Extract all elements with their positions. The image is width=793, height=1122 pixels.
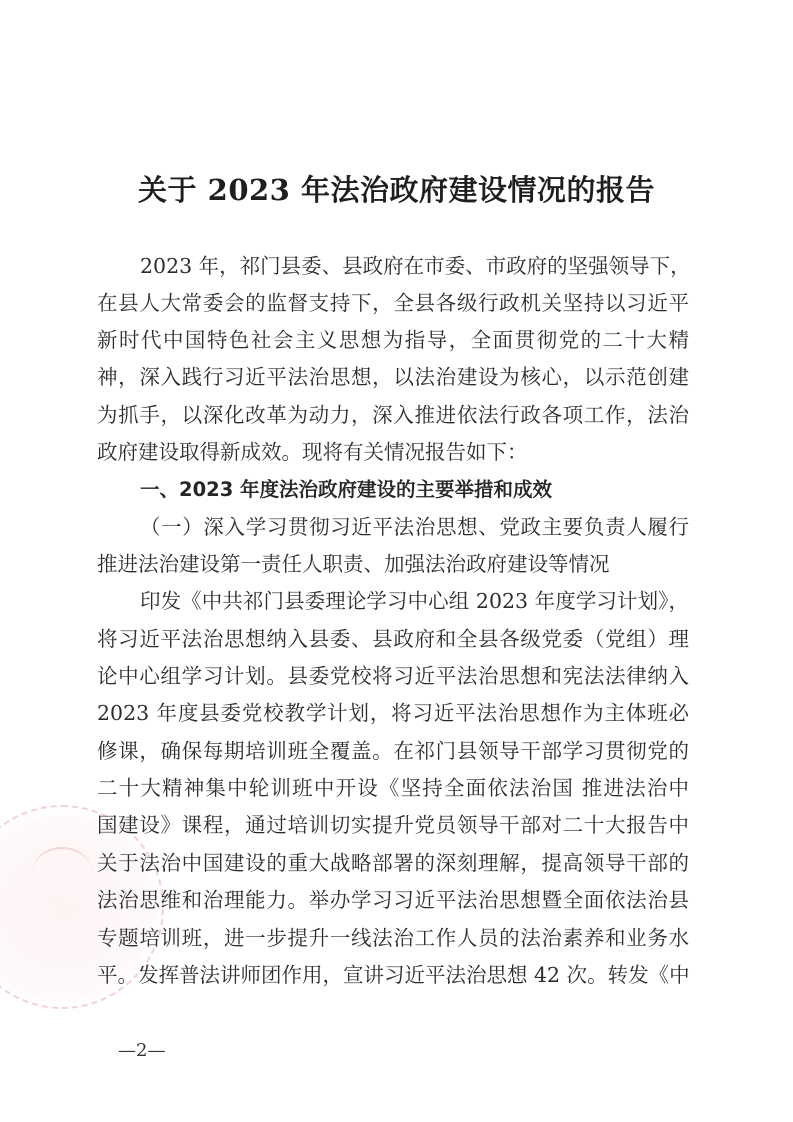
body-line: 政府建设取得新成效。现将有关情况报告如下： xyxy=(97,437,689,467)
body-line: 平。发挥普法讲师团作用，宣讲习近平法治思想 42 次。转发《中 xyxy=(97,960,689,990)
body-line: 印发《中共祁门县委理论学习中心组 2023 年度学习计划》， xyxy=(140,586,689,616)
body-line: 2023 年，祁门县委、县政府在市委、市政府的坚强领导下， xyxy=(140,251,689,281)
body-line: 二十大精神集中轮训班中开设《坚持全面依法治国 推进法治中 xyxy=(97,773,689,803)
body-line: 关于法治中国建设的重大战略部署的深刻理解，提高领导干部的 xyxy=(97,848,689,878)
body-line: 国建设》课程，通过培训切实提升党员领导干部对二十大报告中 xyxy=(97,810,689,840)
body-line: 为抓手，以深化改革为动力，深入推进依法行政各项工作，法治 xyxy=(97,400,689,430)
document-title: 关于 2023 年法治政府建设情况的报告 xyxy=(0,168,793,209)
document-page: 关于 2023 年法治政府建设情况的报告 2023 年，祁门县委、县政府在市委、… xyxy=(0,0,793,1122)
body-line: 2023 年度县委党校教学计划，将习近平法治思想作为主体班必 xyxy=(97,698,689,728)
body-line: 新时代中国特色社会主义思想为指导，全面贯彻党的二十大精 xyxy=(97,325,689,355)
body-line: 论中心组学习计划。县委党校将习近平法治思想和宪法法律纳入 xyxy=(97,661,689,691)
section-heading-1: 一、2023 年度法治政府建设的主要举措和成效 xyxy=(140,475,689,505)
body-line: 神，深入践行习近平法治思想，以法治建设为核心，以示范创建 xyxy=(97,362,689,392)
subsection-heading-line: 推进法治建设第一责任人职责、加强法治政府建设等情况 xyxy=(97,549,689,579)
page-number: —2— xyxy=(118,1040,165,1061)
body-line: 在县人大常委会的监督支持下，全县各级行政机关坚持以习近平 xyxy=(97,288,689,318)
body-line: 修课，确保每期培训班全覆盖。在祁门县领导干部学习贯彻党的 xyxy=(97,736,689,766)
body-line: 法治思维和治理能力。举办学习习近平法治思想暨全面依法治县 xyxy=(97,885,689,915)
subsection-heading-line: （一）深入学习贯彻习近平法治思想、党政主要负责人履行 xyxy=(140,512,689,542)
body-line: 将习近平法治思想纳入县委、县政府和全县各级党委（党组）理 xyxy=(97,624,689,654)
seal-emblem-icon xyxy=(32,847,92,899)
body-line: 专题培训班，进一步提升一线法治工作人员的法治素养和业务水 xyxy=(97,923,689,953)
